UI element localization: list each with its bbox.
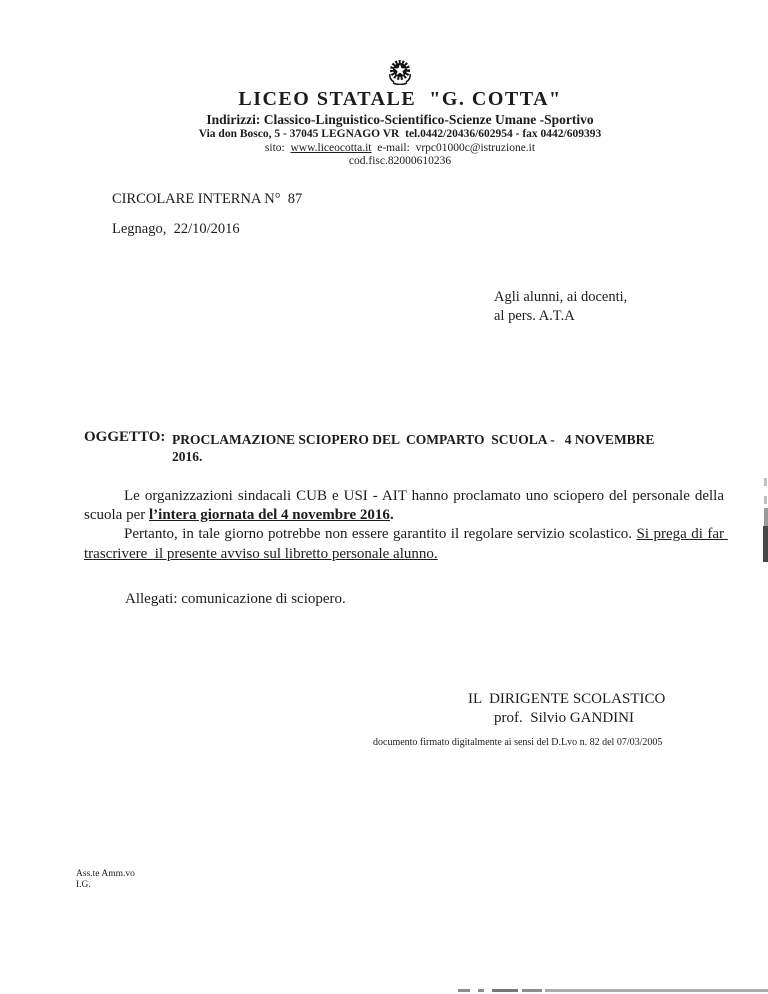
scan-artifact-right-bar	[764, 508, 768, 526]
school-street-line: Via don Bosco, 5 - 37045 LEGNAGO VR tel.…	[32, 128, 768, 141]
email-text: e-mail: vrpc01000c@istruzione.it	[372, 142, 536, 154]
footer-initials: Ass.te Amm.vo I.G.	[76, 869, 135, 891]
footer-line: Ass.te Amm.vo	[76, 869, 135, 880]
subject-text: PROCLAMAZIONE SCIOPERO DEL COMPARTO SCUO…	[172, 429, 654, 465]
scan-artifact-bottom-dash	[492, 989, 518, 992]
subject-line-1: PROCLAMAZIONE SCIOPERO DEL COMPARTO SCUO…	[172, 431, 654, 448]
letter-body: Le organizzazioni sindacali CUB e USI - …	[84, 487, 724, 564]
paragraph-2: Pertanto, in tale giorno potrebbe non es…	[84, 525, 724, 563]
scanned-letter-page: LICEO STATALE "G. COTTA" Indirizzi: Clas…	[0, 0, 768, 994]
recipient-line: al pers. A.T.A	[494, 307, 627, 326]
footer-line: I.G.	[76, 880, 135, 891]
subject-label: OGGETTO:	[84, 429, 172, 465]
scan-artifact-bottom-line	[545, 989, 768, 992]
school-name: LICEO STATALE "G. COTTA"	[32, 87, 768, 111]
scan-artifact-bottom-dash	[478, 989, 484, 992]
fiscal-code: cod.fisc.82000610236	[32, 155, 768, 168]
subject-line-2: 2016.	[172, 448, 654, 465]
site-url: www.liceocotta.it	[290, 142, 371, 154]
scan-artifact-right-bar	[763, 526, 768, 562]
site-label: sito:	[265, 142, 291, 154]
paragraph-1: Le organizzazioni sindacali CUB e USI - …	[84, 487, 724, 525]
scan-artifact-bottom-dash	[522, 989, 542, 992]
letterhead: LICEO STATALE "G. COTTA" Indirizzi: Clas…	[32, 57, 768, 168]
recipient-line: Agli alunni, ai docenti,	[494, 288, 627, 307]
circular-number-line: CIRCOLARE INTERNA N° 87	[112, 191, 302, 208]
signature-role: IL DIRIGENTE SCOLASTICO	[468, 691, 665, 708]
subject-block: OGGETTO: PROCLAMAZIONE SCIOPERO DEL COMP…	[84, 429, 734, 465]
recipients-block: Agli alunni, ai docenti, al pers. A.T.A	[494, 288, 627, 326]
scan-artifact-bottom-dash	[458, 989, 470, 992]
signature-name: prof. Silvio GANDINI	[494, 710, 634, 727]
italian-republic-emblem-icon	[387, 57, 413, 85]
scan-artifact-right-tick	[764, 478, 767, 486]
date-line: Legnago, 22/10/2016	[112, 221, 240, 238]
paragraph-1-period: .	[390, 507, 394, 523]
digital-signature-note: documento firmato digitalmente ai sensi …	[373, 737, 662, 748]
strike-date-emphasis: l’intera giornata del 4 novembre 2016	[149, 507, 390, 523]
attachments-line: Allegati: comunicazione di sciopero.	[125, 591, 346, 608]
site-email-line: sito: www.liceocotta.it e-mail: vrpc0100…	[32, 142, 768, 155]
paragraph-2-text: Pertanto, in tale giorno potrebbe non es…	[124, 526, 636, 542]
school-addresses-line: Indirizzi: Classico-Linguistico-Scientif…	[32, 112, 768, 127]
scan-artifact-right-tick	[764, 496, 767, 504]
